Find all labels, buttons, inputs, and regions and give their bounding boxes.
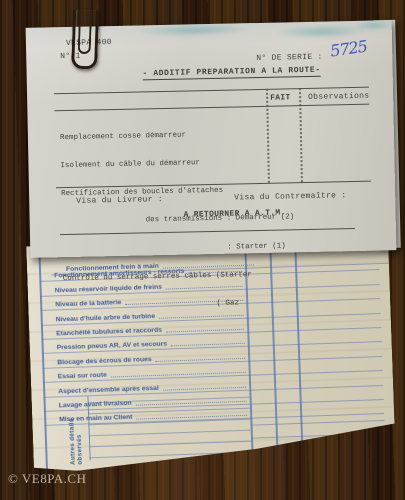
paperclip-inner-loop: [78, 10, 93, 54]
fait-column-header: FAIT: [270, 93, 291, 102]
dotted-leader: [171, 342, 245, 347]
ink-smudge: [134, 23, 254, 38]
write-in-line: [89, 441, 251, 448]
colon-column-separator: [299, 88, 303, 182]
serial-label: N° DE SERIE :: [256, 53, 322, 63]
table-rule-header: [54, 104, 369, 112]
ruled-line: [251, 446, 385, 452]
visa-contremaitre-label: Visa du Contremaître :: [234, 191, 346, 202]
write-in-line: [89, 430, 251, 437]
checklist-cells: [250, 413, 384, 418]
autres-details-label: Autres détails observés: [67, 395, 83, 465]
dotted-leader: [156, 357, 246, 362]
paperclip: [69, 10, 99, 75]
ruled-line: [251, 433, 385, 439]
audit-line: ( Gaz: [216, 298, 296, 309]
doc-title: - ADDITIF PREPARATION A LA ROUTE-: [87, 65, 377, 80]
copyright-watermark: © VE8PA.CH: [8, 471, 86, 487]
photo-of-documents-on-wood-table: Fonctionnement frein à main Fonctionneme…: [0, 0, 405, 500]
ruled-line: [251, 420, 385, 426]
observations-column-header: Observations: [308, 92, 369, 102]
audit-line: Remplacement cosse démarreur: [60, 129, 293, 143]
audit-line: Contrôle du serrage serres câbles (Start…: [63, 270, 296, 284]
dotted-leader: [163, 385, 246, 390]
write-in-line: [90, 452, 252, 459]
audit-line: Isolement du câble du démarreur: [60, 157, 293, 171]
ink-smudge: [354, 20, 394, 31]
audit-line: : Starter (1): [227, 242, 295, 253]
visa-livreur-label: Visa du Livreur :: [76, 195, 163, 206]
doc-title-text: - ADDITIF PREPARATION A LA ROUTE-: [142, 66, 320, 81]
serial-handwritten-value: 5725: [329, 37, 368, 61]
